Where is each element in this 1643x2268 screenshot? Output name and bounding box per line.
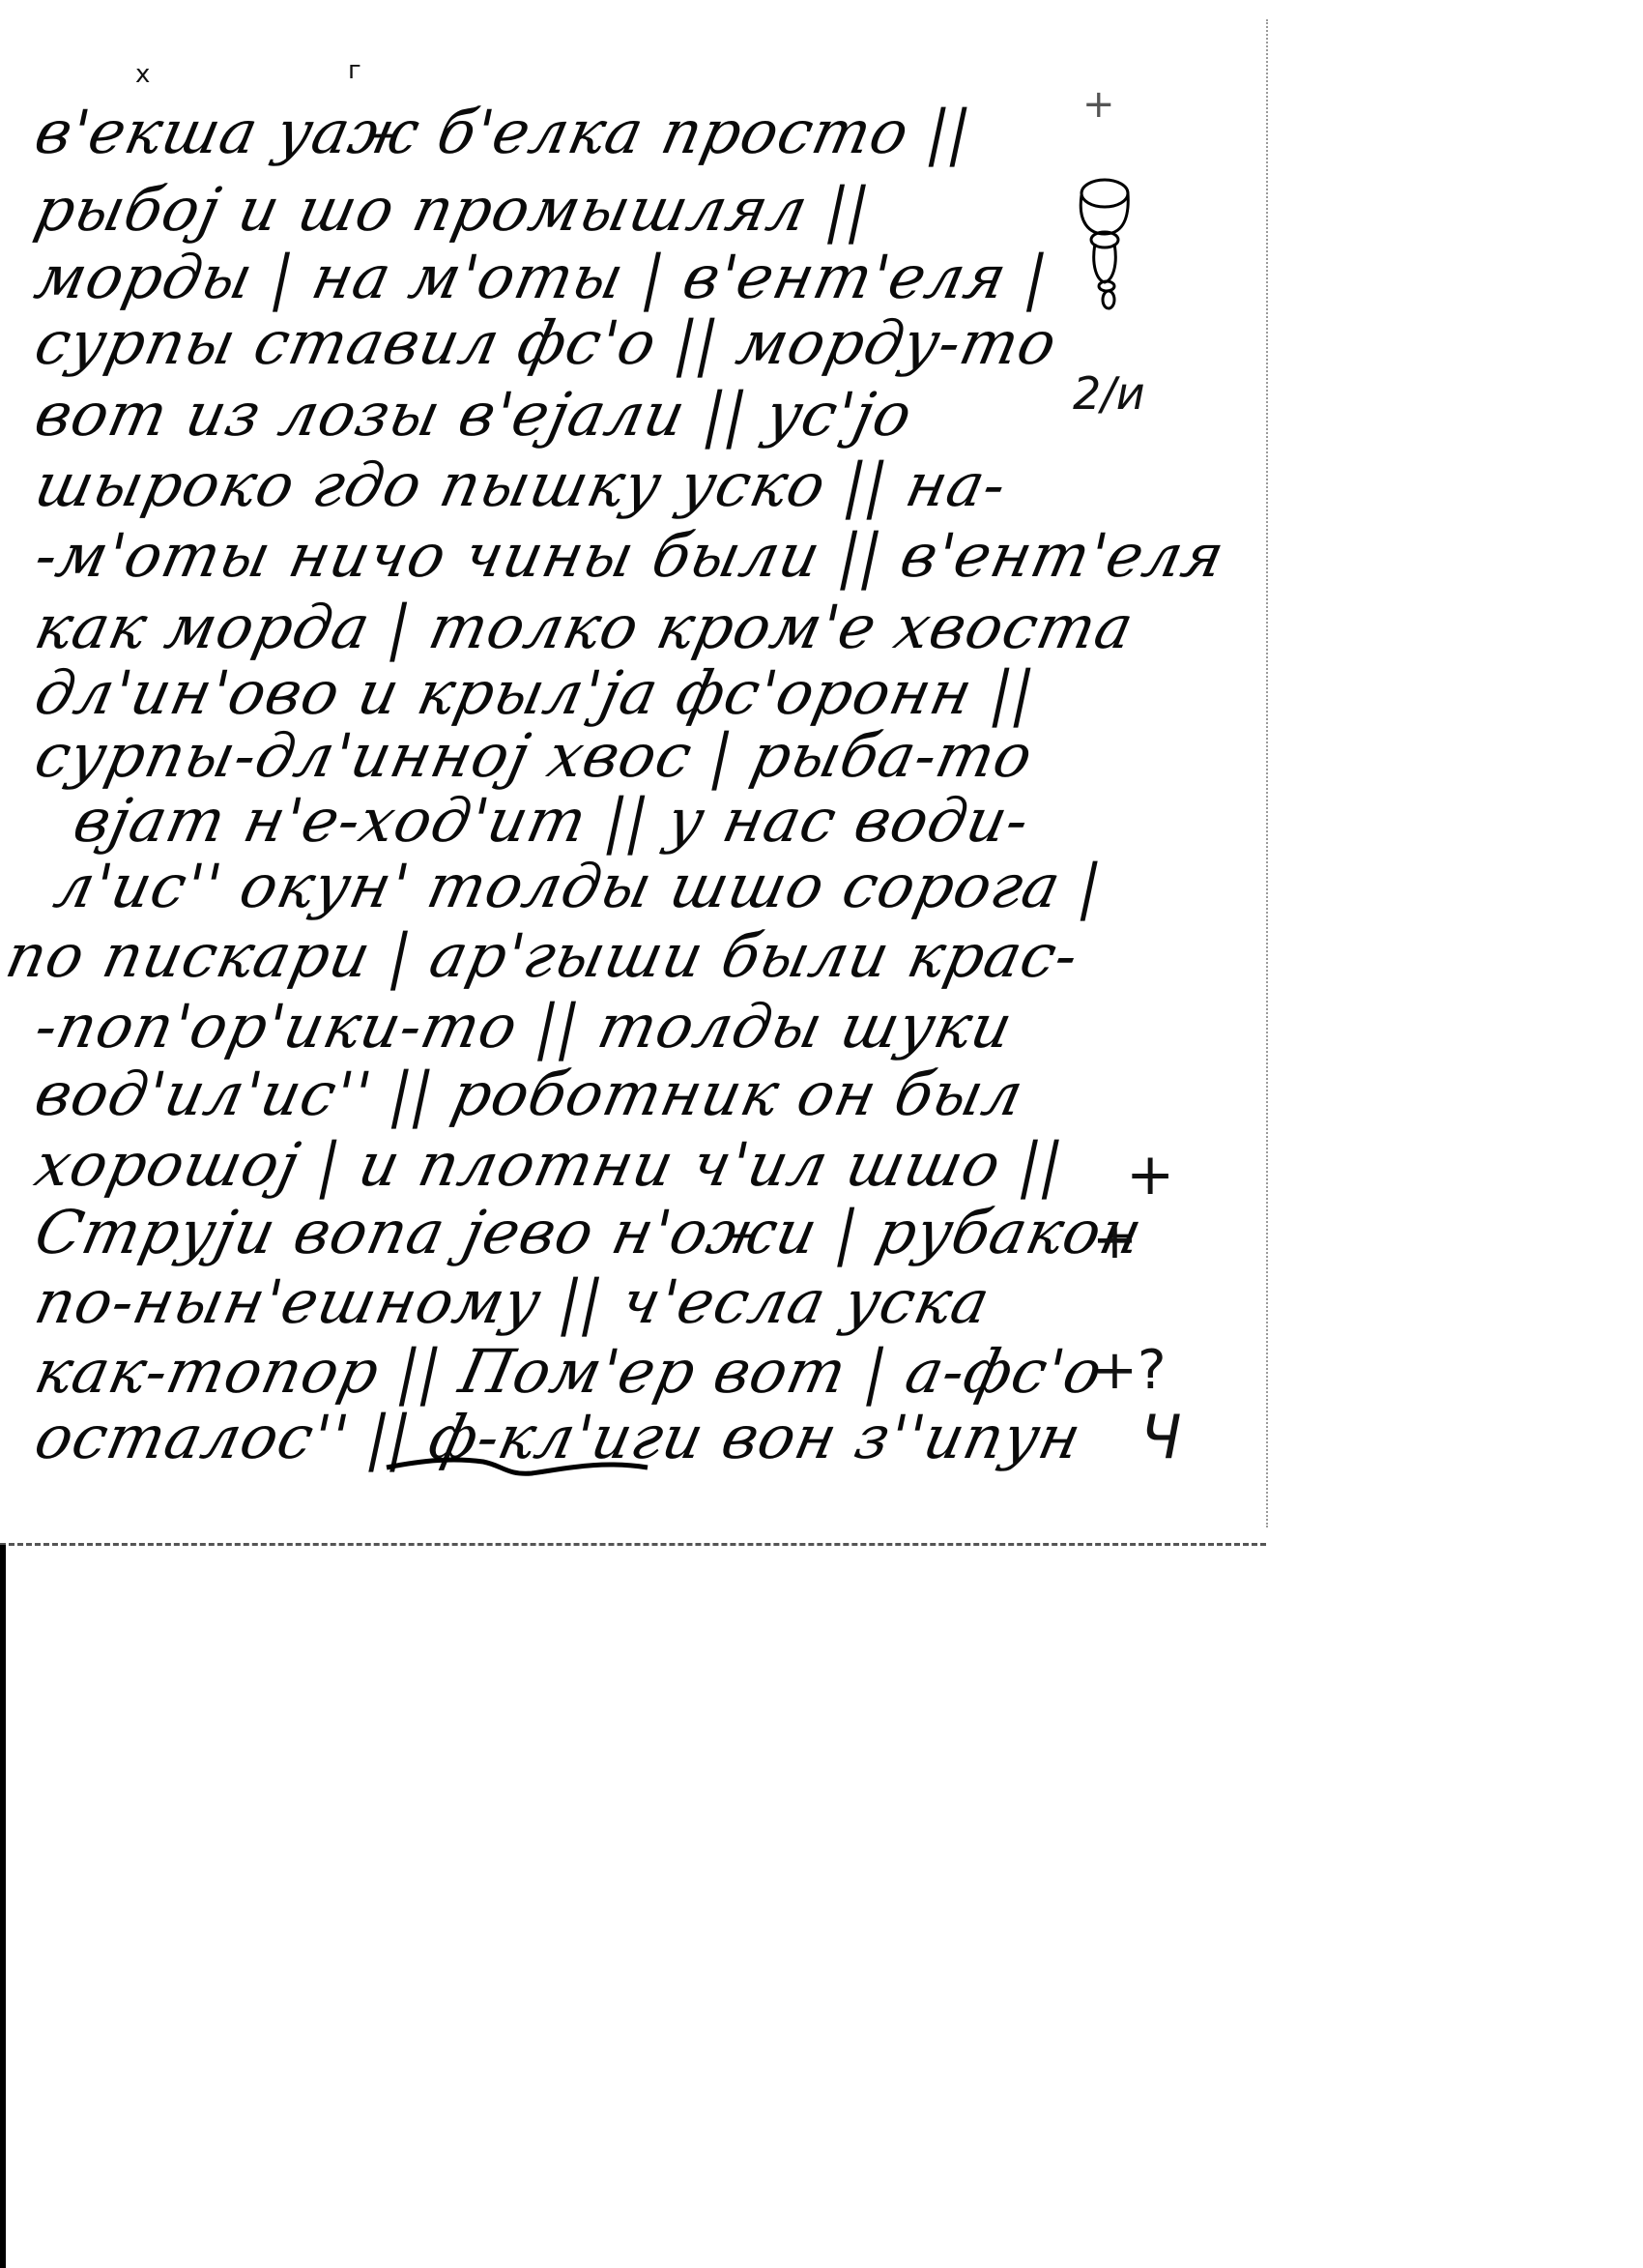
text-line-13: по пискари | ар'гыши были крас- [0,920,1085,991]
margin-tick-mark: + [1082,82,1115,127]
text-line-10: сурпы-дл'инној хвос | рыба-то [29,720,1039,791]
superscript-g-mark: г [348,56,361,85]
text-line-14: -поп'ор'ики-то || толды шуки [29,991,1020,1061]
text-line-19: как-топор || Пом'ер вот | а-фс'о [29,1336,1110,1407]
text-line-16: хорошој | и плотни ч'ил шшо || [29,1129,1070,1200]
margin-cross-1: + [1126,1141,1174,1208]
text-line-1: в'екша уаж б'елка просто || [29,97,978,167]
text-line-11: вјат н'е-ход'ит || у нас води- [68,785,1036,856]
text-line-18: по-нын'ешному || ч'есла уска [29,1266,996,1337]
text-line-9: дл'ин'ово и крыл'ја фс'оронн || [29,657,1042,728]
page-edge-right [1266,19,1268,1527]
margin-symbol-bottom: Ч [1140,1402,1182,1472]
text-line-4: сурпы ставил фс'о || морду-то [29,307,1063,378]
scanned-page: x г в'екша уаж б'елка просто || рыбој и … [0,0,1643,2268]
margin-fraction-note: 2/и [1073,367,1145,420]
text-line-15: вод'ил'ис'' || роботник он был [29,1059,1030,1129]
text-line-5: вот из лозы в'ејали || ус'јо [29,379,919,450]
text-line-17: Струји вопа јево н'ожи | рубакон [29,1197,1149,1267]
text-line-12: л'ис'' окун' толды шшо сорога | [48,851,1109,921]
margin-cross-2: + [1092,1208,1138,1271]
superscript-x-mark: x [135,60,150,89]
text-line-3: морды | на м'оты | в'ент'еля | [29,242,1054,312]
text-line-8: как морда | толко кром'е хвоста [29,592,1140,662]
text-line-7: -м'оты ничо чины были || в'ент'еля [29,520,1231,591]
margin-cross-question: +? [1092,1339,1167,1402]
scan-border-bar [0,1545,6,2268]
text-line-6: шыроко гдо пышку уско || на- [29,450,1013,520]
page-edge-bottom [0,1543,1266,1546]
text-line-2: рыбој и шо промышлял || [29,174,877,245]
wavy-underline-icon [377,1450,667,1479]
lamp-sketch-icon [1068,174,1145,329]
